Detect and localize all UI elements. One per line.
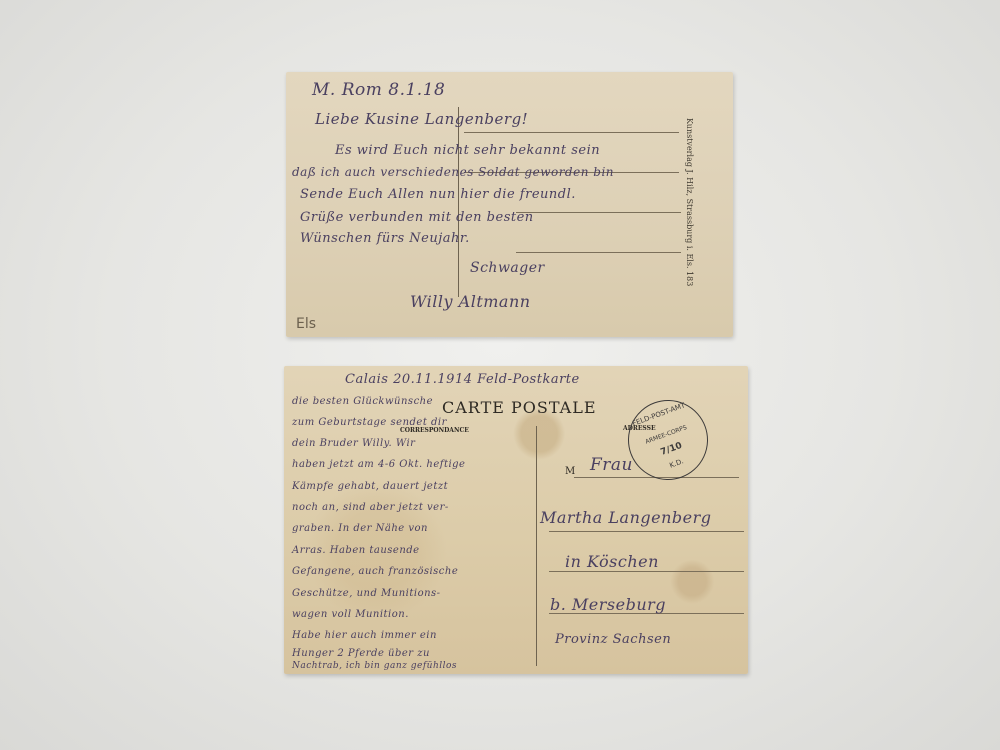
message-line: dein Bruder Willy. Wir xyxy=(292,438,415,449)
address-prefix: M xyxy=(565,466,575,477)
pencil-note: Els xyxy=(296,316,316,332)
message-line: Geschütze, und Munitions- xyxy=(292,588,441,599)
handwriting-date: M. Rom 8.1.18 xyxy=(312,80,445,100)
address-line: Martha Langenberg xyxy=(540,508,712,527)
handwriting-line: Wünschen fürs Neujahr. xyxy=(300,231,470,246)
message-line: zum Geburtstage sendet dir xyxy=(292,417,447,428)
postcard-title: CARTE POSTALE xyxy=(442,398,597,417)
message-line: Arras. Haben tausende xyxy=(292,545,420,556)
message-line: Kämpfe gehabt, dauert jetzt xyxy=(292,481,448,492)
correspondance-label: CORRESPONDANCE xyxy=(400,427,469,434)
address-line: b. Merseburg xyxy=(550,595,666,614)
address-line: Provinz Sachsen xyxy=(555,632,671,647)
message-line: Nachtrab, ich bin ganz gefühllos xyxy=(292,661,457,671)
handwriting-greeting: Liebe Kusine Langenberg! xyxy=(315,110,528,128)
message-line: die besten Glückwünsche xyxy=(292,396,433,407)
handwriting-signature-title: Schwager xyxy=(470,260,545,276)
address-line: in Köschen xyxy=(565,552,659,571)
address-line: Frau xyxy=(590,455,633,475)
message-line: noch an, sind aber jetzt ver- xyxy=(292,502,449,513)
top-card-center-divider xyxy=(458,107,459,297)
handwriting-header: Calais 20.11.1914 Feld-Postkarte xyxy=(345,372,580,387)
handwriting-line: daß ich auch verschiedenes Soldat geword… xyxy=(292,165,614,179)
message-line: Hunger 2 Pferde über zu xyxy=(292,648,430,659)
bottom-card-center-divider xyxy=(536,426,537,666)
message-line: wagen voll Munition. xyxy=(292,609,409,620)
address-rule xyxy=(464,132,679,133)
message-line: haben jetzt am 4-6 Okt. heftige xyxy=(292,459,465,470)
message-line: Gefangene, auch französische xyxy=(292,566,458,577)
handwriting-line: Sende Euch Allen nun hier die freundl. xyxy=(300,187,576,202)
address-rule xyxy=(549,531,744,532)
message-line: graben. In der Nähe von xyxy=(292,523,428,534)
address-rule xyxy=(516,212,681,213)
handwriting-signature: Willy Altmann xyxy=(410,292,531,311)
publisher-imprint: Kunstverlag J. Hilz, Strassburg i. Els. … xyxy=(685,118,694,286)
handwriting-line: Es wird Euch nicht sehr bekannt sein xyxy=(335,143,600,158)
handwriting-line: Grüße verbunden mit den besten xyxy=(300,210,534,225)
message-line: Habe hier auch immer ein xyxy=(292,630,437,641)
address-rule xyxy=(549,571,744,572)
address-rule xyxy=(516,252,681,253)
